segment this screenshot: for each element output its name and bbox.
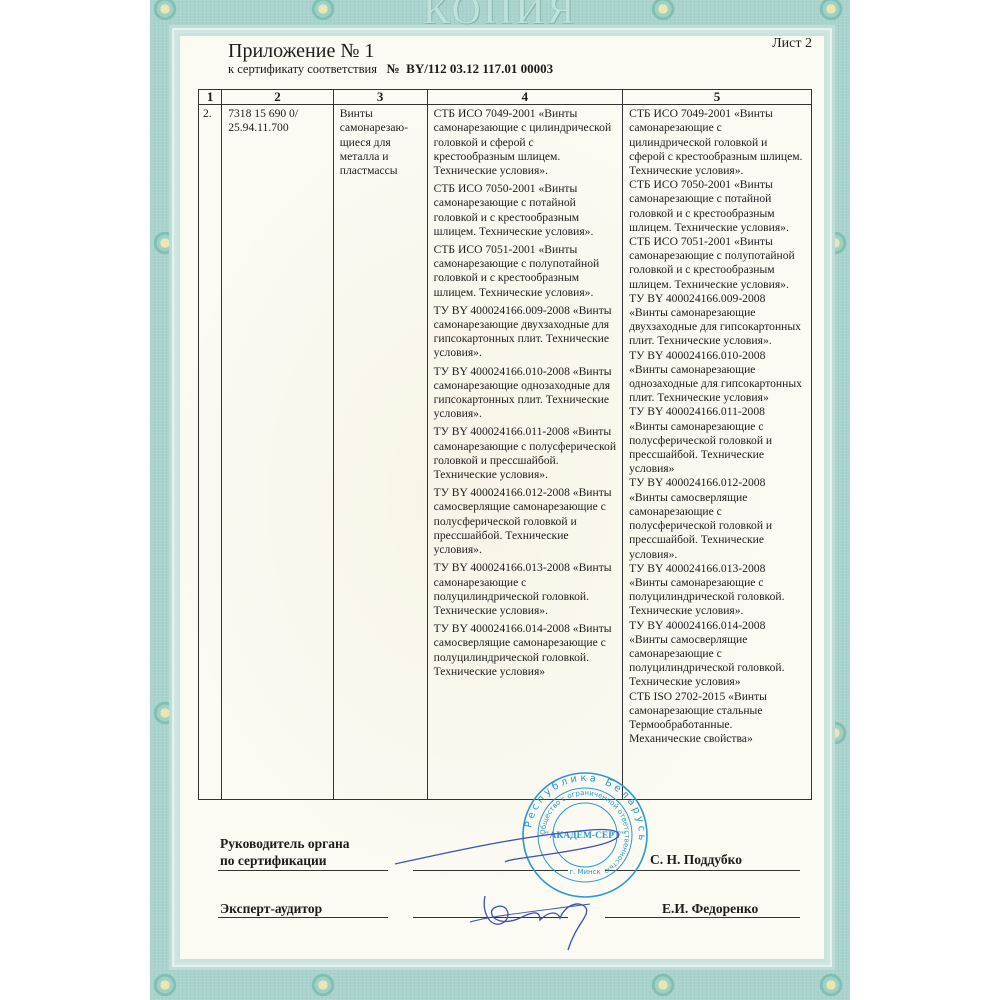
column-header: 1	[199, 90, 222, 105]
standard-entry: ТУ BY 400024166.013-2008 «Винты самонаре…	[629, 562, 805, 619]
standard-entry: СТБ ИСО 7049-2001 «Винты самонарезающие …	[629, 107, 805, 178]
table-row: 2. 7318 15 690 0/ 25.94.11.700 Винты сам…	[199, 105, 812, 800]
certificate-number: BY/112 03.12 117.01 00003	[406, 61, 553, 76]
subtitle-prefix: к сертификату соответствия	[228, 62, 377, 76]
standard-entry: СТБ ИСО 7049-2001 «Винты самонарезающие …	[434, 107, 616, 178]
product-name-text: Винты самонарезаю-щиеся для металла и пл…	[340, 107, 402, 178]
number-symbol: №	[387, 61, 400, 76]
rosette-ornament	[310, 972, 336, 998]
expert-name: Е.И. Федоренко	[662, 900, 758, 917]
certificate-page: КОПИЯ Приложение № 1 к сертификату соотв…	[150, 0, 850, 1000]
col4-standards: СТБ ИСО 7049-2001 «Винты самонарезающие …	[427, 105, 622, 800]
rosette-ornament	[650, 972, 676, 998]
signature-line	[413, 917, 568, 918]
expert-label: Эксперт-аудитор	[220, 900, 322, 917]
column-header: 2	[222, 90, 334, 105]
rosette-ornament	[818, 972, 844, 998]
appendix-title: Приложение № 1	[228, 40, 374, 63]
product-codes: 7318 15 690 0/ 25.94.11.700	[222, 105, 334, 800]
rosette-ornament	[152, 972, 178, 998]
standard-entry: СТБ ИСО 7050-2001 «Винты самонарезающие …	[434, 182, 616, 239]
signature-line	[218, 917, 388, 918]
head-of-body-label: Руководитель органа по сертификации	[220, 835, 350, 869]
okrb-code: 25.94.11.700	[228, 121, 327, 135]
col5-standards: СТБ ИСО 7049-2001 «Винты самонарезающие …	[623, 105, 812, 800]
svg-text:"АКАДЕМ-СЕРТ": "АКАДЕМ-СЕРТ"	[544, 831, 626, 841]
signature-line	[218, 870, 388, 871]
standard-entry: СТБ ISO 2702-2015 «Винты самонарезающие …	[629, 690, 805, 747]
product-name: Винты самонарезаю-щиеся для металла и пл…	[333, 105, 427, 800]
standard-entry: ТУ BY 400024166.009-2008 «Винты самонаре…	[434, 304, 616, 361]
standard-entry: ТУ BY 400024166.011-2008 «Винты самонаре…	[434, 425, 616, 482]
label-line: по сертификации	[220, 852, 350, 869]
row-index: 2.	[199, 105, 222, 800]
product-standards-table: 1 2 3 4 5 2. 7318 15 690 0/ 25.94.11.700…	[198, 89, 812, 800]
column-header: 4	[427, 90, 622, 105]
table-header-row: 1 2 3 4 5	[199, 90, 812, 105]
sheet-number: Лист 2	[772, 36, 812, 52]
organization-stamp: Республика Беларусь Общество с ограничен…	[520, 770, 650, 900]
standard-entry: ТУ BY 400024166.012-2008 «Винты самосвер…	[629, 476, 805, 561]
standard-entry: ТУ BY 400024166.009-2008 «Винты самонаре…	[629, 292, 805, 349]
standard-entry: ТУ BY 400024166.012-2008 «Винты самосвер…	[434, 486, 616, 557]
standard-entry: ТУ BY 400024166.010-2008 «Винты самонаре…	[434, 365, 616, 422]
standard-entry: ТУ BY 400024166.011-2008 «Винты самонаре…	[629, 405, 805, 476]
standard-entry: СТБ ИСО 7051-2001 «Винты самонарезающие …	[434, 243, 616, 300]
standard-entry: ТУ BY 400024166.013-2008 «Винты самонаре…	[434, 561, 616, 618]
standard-entry: ТУ BY 400024166.014-2008 «Винты самосвер…	[629, 619, 805, 690]
standard-entry: СТБ ИСО 7051-2001 «Винты самонарезающие …	[629, 235, 805, 292]
label-line: Руководитель органа	[220, 835, 350, 852]
column-header: 5	[623, 90, 812, 105]
certificate-reference: к сертификату соответствия № BY/112 03.1…	[228, 61, 553, 77]
signature-line	[605, 917, 800, 918]
head-name: С. Н. Поддубко	[650, 851, 742, 868]
standard-entry: ТУ BY 400024166.010-2008 «Винты самонаре…	[629, 349, 805, 406]
standard-entry: СТБ ИСО 7050-2001 «Винты самонарезающие …	[629, 178, 805, 235]
standard-entry: ТУ BY 400024166.014-2008 «Винты самосвер…	[434, 622, 616, 679]
svg-text:г. Минск: г. Минск	[569, 868, 600, 876]
tn-ved-code: 7318 15 690 0/	[228, 107, 327, 121]
column-header: 3	[333, 90, 427, 105]
